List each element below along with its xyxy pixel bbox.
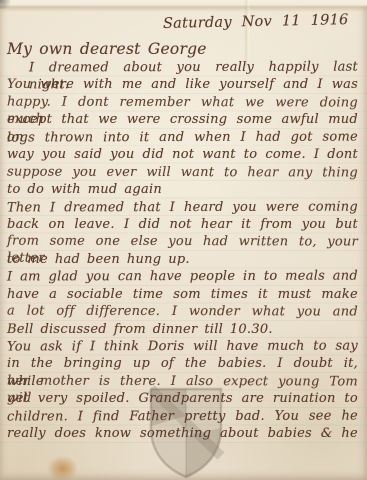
paper-fold-crease — [0, 0, 367, 12]
letter-line: suppose you ever will want to hear any t… — [7, 163, 358, 181]
corner-shadow — [0, 0, 12, 9]
letter-salutation: My own dearest George — [7, 40, 207, 58]
letter-line: except that we were crossing some awful … — [7, 111, 358, 128]
letter-line: from some one else you had written to, y… — [7, 233, 358, 251]
paper-vertical-crease — [244, 0, 251, 66]
letter-line: You ask if I think Doris will have much … — [7, 338, 358, 356]
letter-line: back on leave. I did not hear it from yo… — [7, 216, 358, 233]
letter-line: I am glad you can have people in to meal… — [7, 268, 358, 286]
scanned-letter-page: Saturday Nov 11 1916 My own dearest Geor… — [0, 0, 367, 480]
letter-line: to do with mud again — [7, 181, 358, 198]
letter-line: in the bringing up of the babies. I doub… — [7, 355, 358, 372]
letter-line: her mother is there. I also expect young… — [7, 372, 358, 390]
letter-line: logs thrown into it and when I had got s… — [7, 128, 358, 146]
letter-line: a lot off difference. I wonder what you … — [7, 303, 358, 321]
letter-line: to me had been hung up. — [7, 251, 358, 268]
letter-line: really does know something about babies … — [7, 425, 358, 442]
letter-line: I dreamed about you really happily last … — [7, 59, 358, 77]
letter-body: I dreamed about you really happily last … — [7, 59, 358, 443]
rust-stain — [47, 456, 78, 480]
letter-line: happy. I dont remember what we were doin… — [7, 93, 358, 111]
letter-line: Then I dreamed that I heard you were com… — [7, 198, 358, 216]
letter-line: Bell discussed from dinner till 10.30. — [7, 321, 358, 338]
letter-line: get very spoiled. Grandparents are ruina… — [7, 390, 358, 407]
letter-line: have a sociable time som times it must m… — [7, 286, 358, 303]
letter-line: way you said you did not want to come. I… — [7, 146, 358, 163]
letter-line: children. I find Father pretty bad. You … — [7, 407, 358, 425]
